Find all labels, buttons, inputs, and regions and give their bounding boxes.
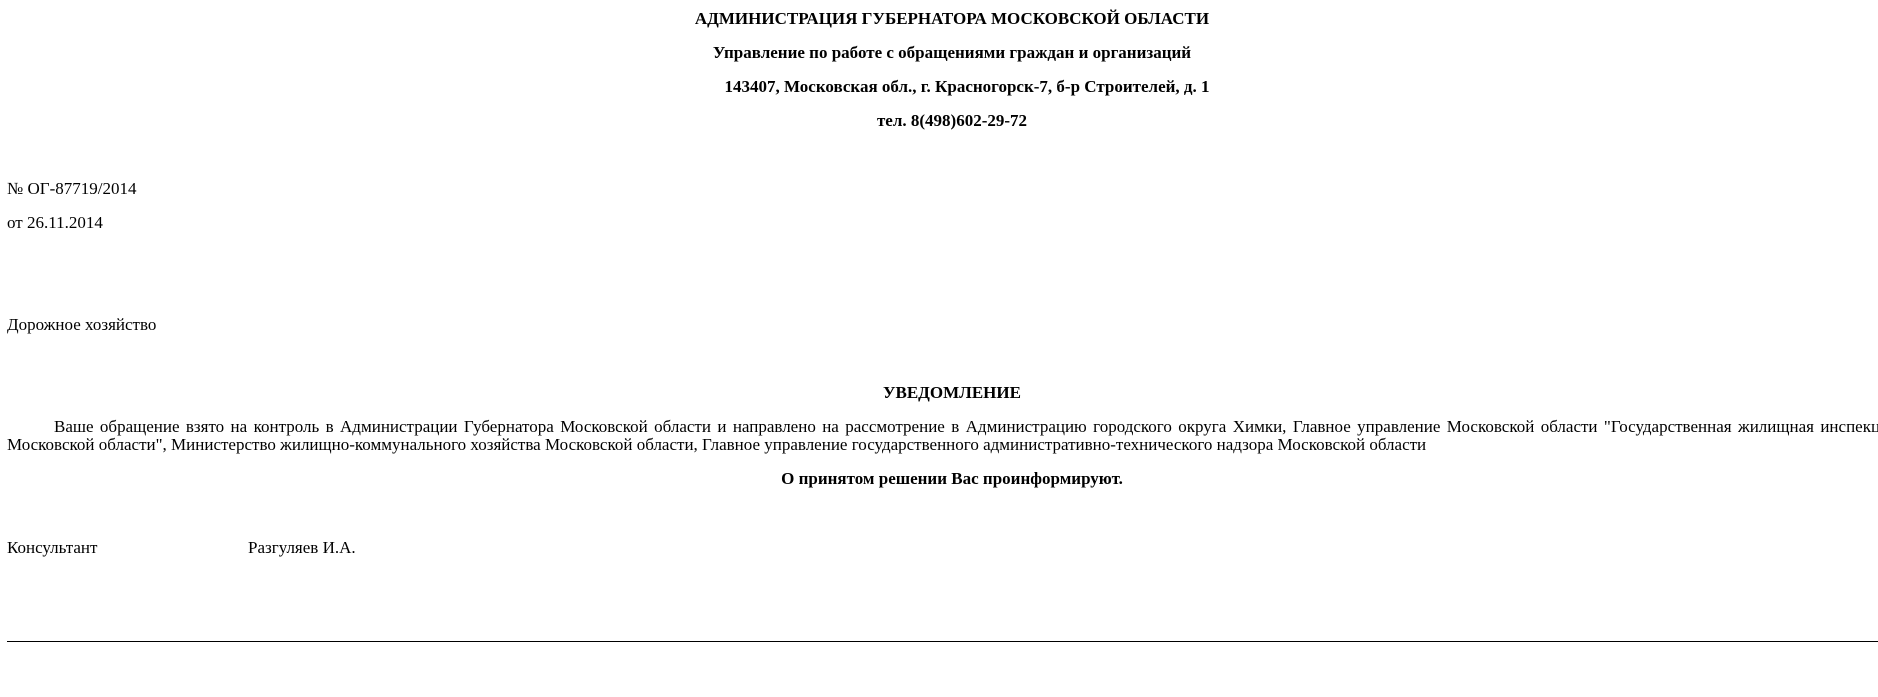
organization-phone: тел. 8(498)602-29-72	[7, 111, 1878, 131]
signatory-role: Консультант	[7, 538, 97, 558]
notice-body: Ваше обращение взято на контроль в Админ…	[7, 418, 1878, 454]
document-number: № ОГ-87719/2014	[7, 179, 136, 199]
organization-address: 143407, Московская обл., г. Красногорск-…	[7, 77, 1878, 97]
notice-title: УВЕДОМЛЕНИЕ	[7, 383, 1878, 403]
organization-title: АДМИНИСТРАЦИЯ ГУБЕРНАТОРА МОСКОВСКОЙ ОБЛ…	[7, 9, 1878, 29]
document-topic: Дорожное хозяйство	[7, 315, 156, 335]
document-date: от 26.11.2014	[7, 213, 103, 233]
notice-closing: О принятом решении Вас проинформируют.	[7, 469, 1878, 489]
department-name: Управление по работе с обращениями гражд…	[7, 43, 1878, 63]
signatory-name: Разгуляев И.А.	[248, 538, 356, 558]
horizontal-divider	[7, 641, 1878, 642]
